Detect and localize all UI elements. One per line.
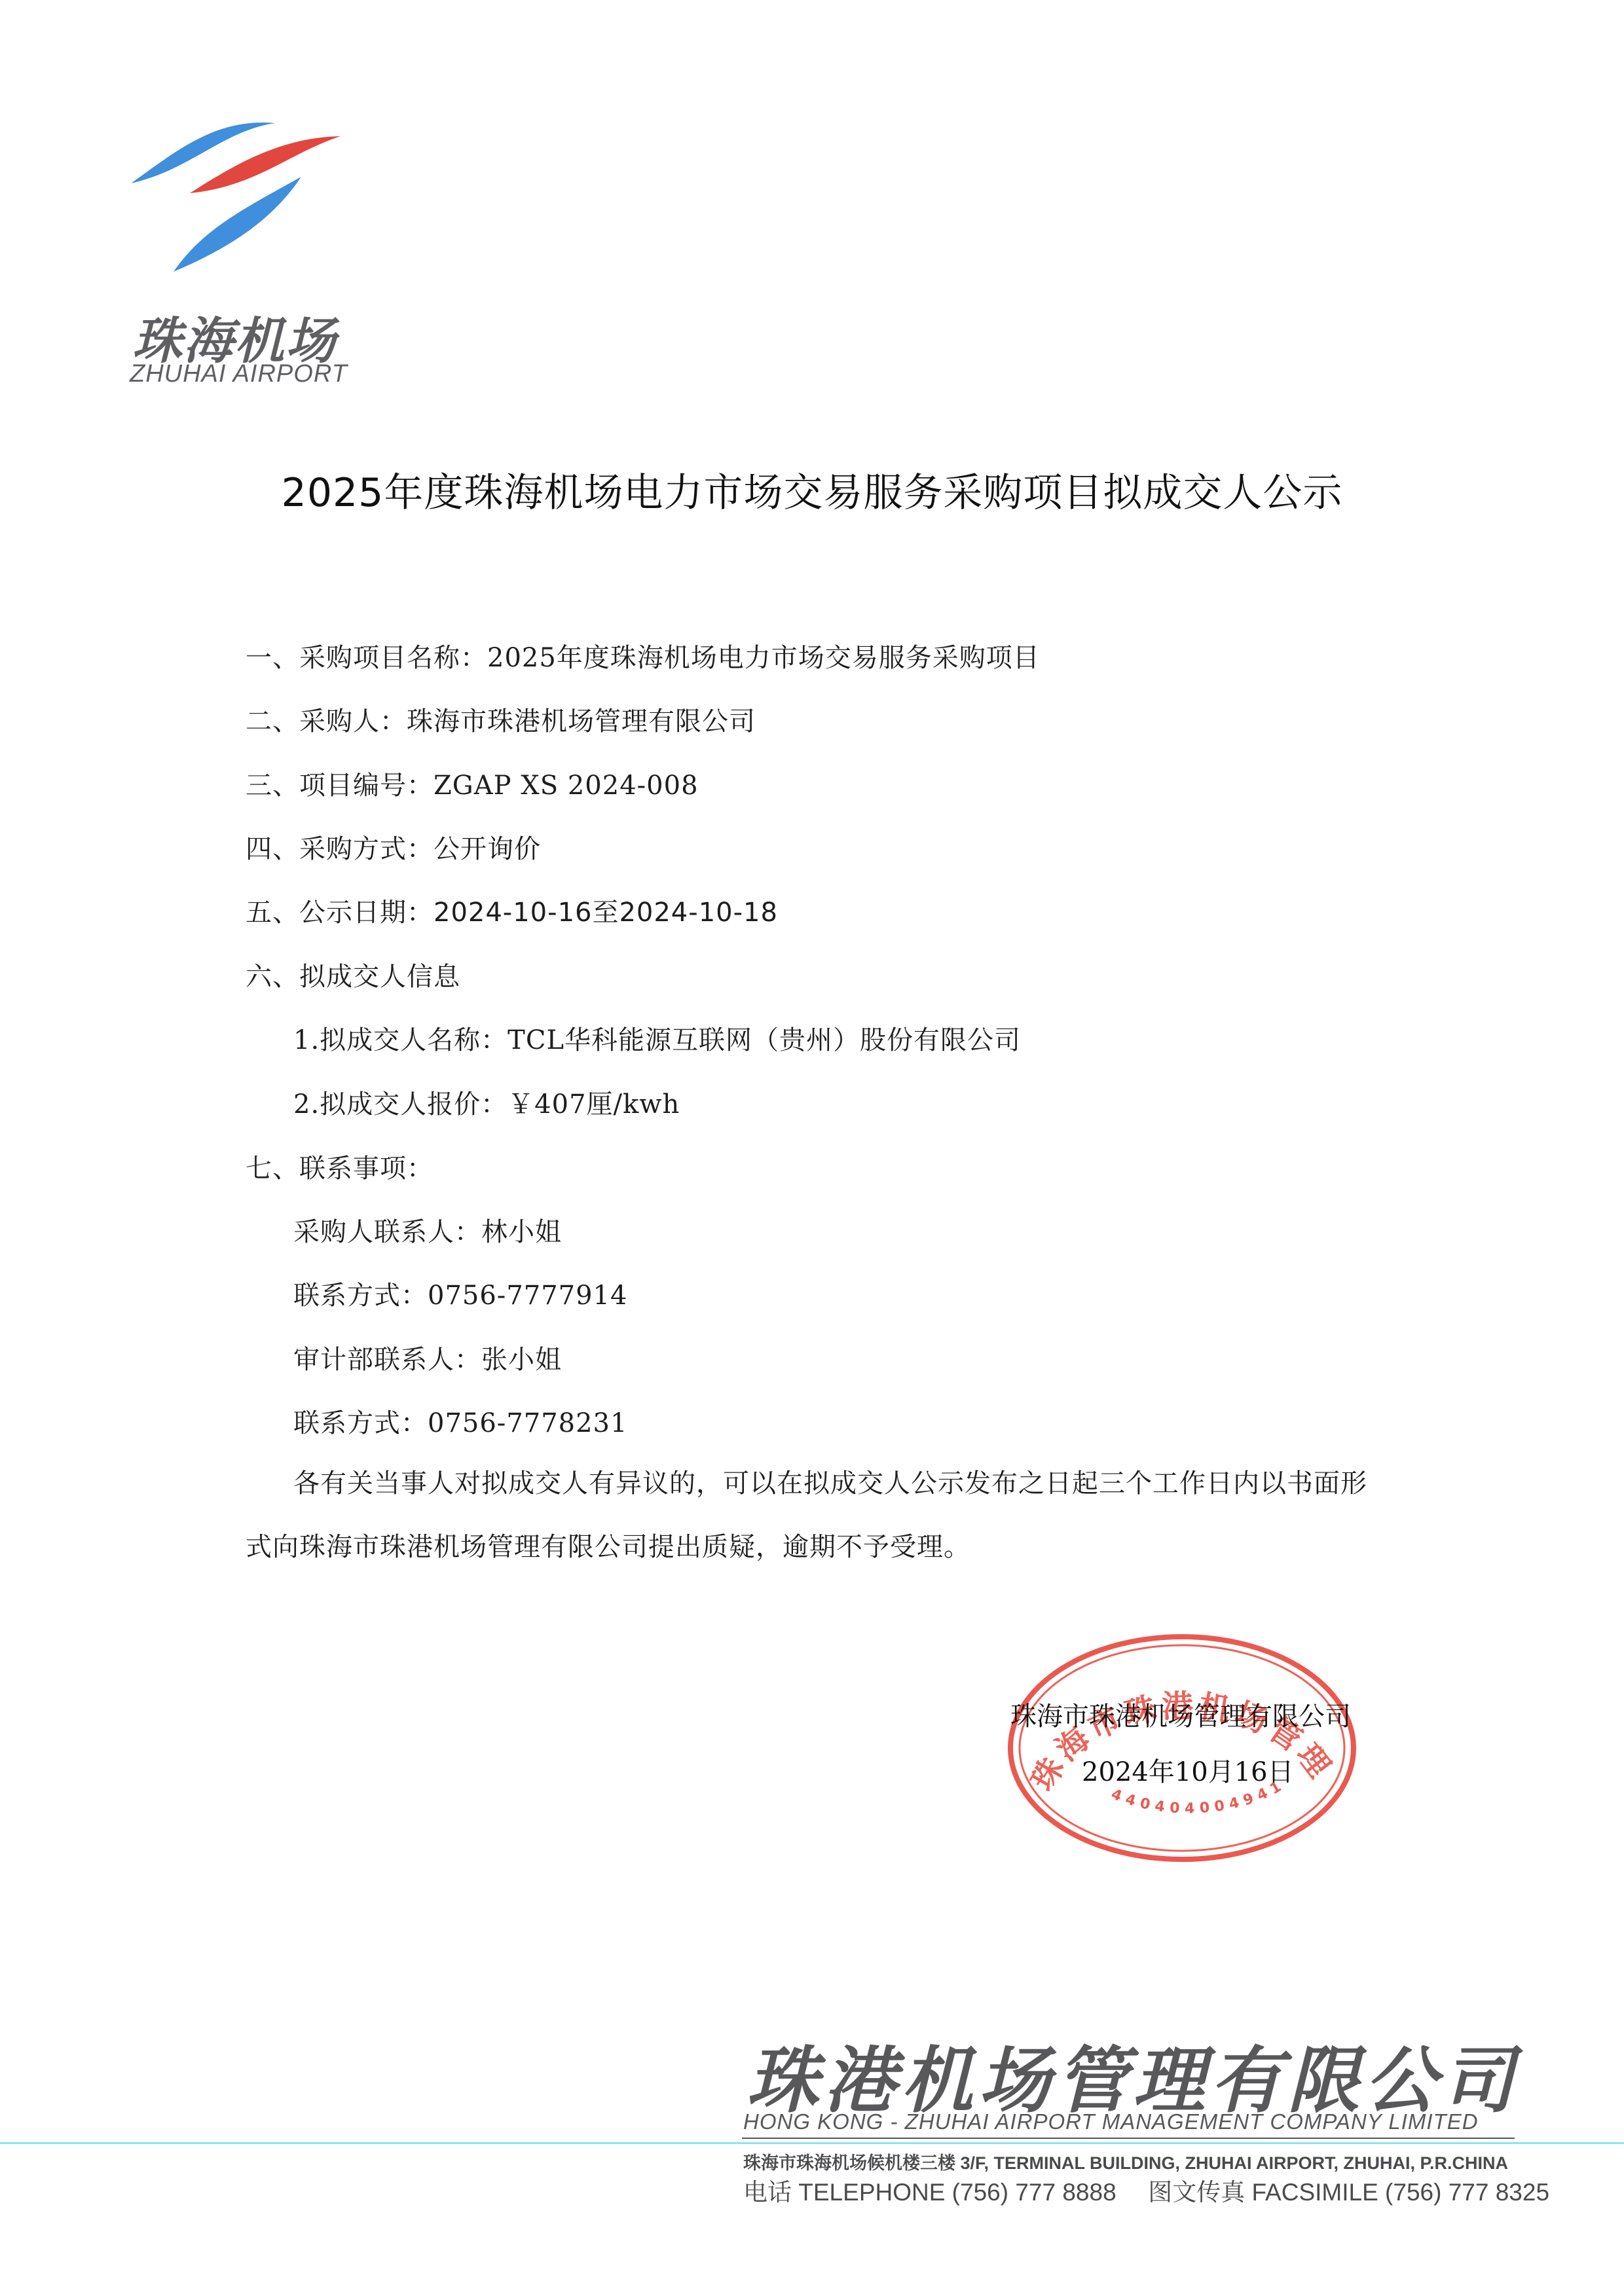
winner-label: 1.拟成交人名称：	[293, 1025, 507, 1055]
signature-date: 2024年10月16日	[1082, 1751, 1294, 1789]
item-value: 2024-10-16至2024-10-18	[434, 898, 778, 928]
contact-value: 0756-7777914	[428, 1281, 627, 1311]
footer-company-en: HONG KONG - ZHUHAI AIRPORT MANAGEMENT CO…	[743, 2109, 1479, 2134]
zhuhai-airport-logo: 珠海机场 ZHUHAI AIRPORT	[124, 105, 360, 367]
item-project-number: 三、项目编号：ZGAP XS 2024-008	[246, 765, 699, 802]
logo-name-en: ZHUHAI AIRPORT	[130, 360, 348, 388]
item-value: 2025年度珠海机场电力市场交易服务采购项目	[487, 643, 1040, 673]
contact-value: 张小姐	[481, 1345, 562, 1375]
winner-label: 2.拟成交人报价：	[293, 1089, 507, 1120]
contact-purchaser-person: 采购人联系人：林小姐	[293, 1211, 562, 1248]
item-label: 四、采购方式：	[246, 834, 434, 864]
footer-divider	[742, 2138, 1515, 2139]
item-project-name: 一、采购项目名称：2025年度珠海机场电力市场交易服务采购项目	[246, 637, 1040, 674]
item-procurement-method: 四、采购方式：公开询价	[246, 828, 541, 866]
item-label: 一、采购项目名称：	[246, 643, 487, 673]
objection-notice: 各有关当事人对拟成交人有异议的，可以在拟成交人公示发布之日起三个工作日内以书面形…	[246, 1452, 1385, 1579]
footer-address: 珠海市珠海机场候机楼三楼 3/F, TERMINAL BUILDING, ZHU…	[743, 2149, 1508, 2174]
item-value: 公开询价	[434, 834, 541, 864]
contact-label: 联系方式：	[293, 1281, 428, 1311]
document-title: 2025年度珠海机场电力市场交易服务采购项目拟成交人公示	[0, 462, 1624, 518]
footer-cyan-divider	[0, 2142, 1624, 2144]
item-label: 三、项目编号：	[246, 771, 434, 801]
footer-phone-fax: 电话 TELEPHONE (756) 777 8888 图文传真 FACSIMI…	[743, 2172, 1549, 2208]
winner-value: TCL华科能源互联网（贵州）股份有限公司	[507, 1025, 1021, 1055]
contact-audit-person: 审计部联系人：张小姐	[293, 1339, 562, 1376]
item-value: ZGAP XS 2024-008	[434, 771, 699, 801]
item-label: 二、采购人：	[246, 706, 407, 737]
contact-value: 0756-7778231	[428, 1408, 627, 1438]
logo-wing-icon	[124, 105, 360, 295]
item-label: 五、公示日期：	[246, 898, 434, 928]
item-winner-info-heading: 六、拟成交人信息	[246, 956, 460, 993]
company-seal-icon: 珠海市珠港机场管理有限公司 4404040049419	[1005, 1630, 1359, 1866]
winner-value: ￥407厘/kwh	[507, 1089, 680, 1120]
item-label: 六、拟成交人信息	[246, 962, 460, 992]
footer-telephone: 电话 TELEPHONE (756) 777 8888	[743, 2179, 1116, 2206]
item-publicity-dates: 五、公示日期：2024-10-16至2024-10-18	[246, 892, 778, 929]
contact-audit-phone: 联系方式：0756-7778231	[293, 1402, 627, 1440]
contact-label: 联系方式：	[293, 1408, 428, 1438]
contact-value: 林小姐	[481, 1217, 562, 1247]
contact-heading: 七、联系事项：	[246, 1148, 434, 1185]
winner-price: 2.拟成交人报价：￥407厘/kwh	[293, 1084, 680, 1121]
contact-label: 审计部联系人：	[293, 1345, 481, 1375]
contact-label: 采购人联系人：	[293, 1217, 481, 1247]
signature-company: 珠海市珠港机场管理有限公司	[1010, 1696, 1351, 1733]
item-value: 珠海市珠港机场管理有限公司	[407, 706, 756, 737]
item-purchaser: 二、采购人：珠海市珠港机场管理有限公司	[246, 701, 756, 738]
winner-name: 1.拟成交人名称：TCL华科能源互联网（贵州）股份有限公司	[293, 1019, 1021, 1057]
footer-facsimile: 图文传真 FACSIMILE (756) 777 8325	[1148, 2179, 1549, 2206]
contact-purchaser-phone: 联系方式：0756-7777914	[293, 1275, 627, 1312]
